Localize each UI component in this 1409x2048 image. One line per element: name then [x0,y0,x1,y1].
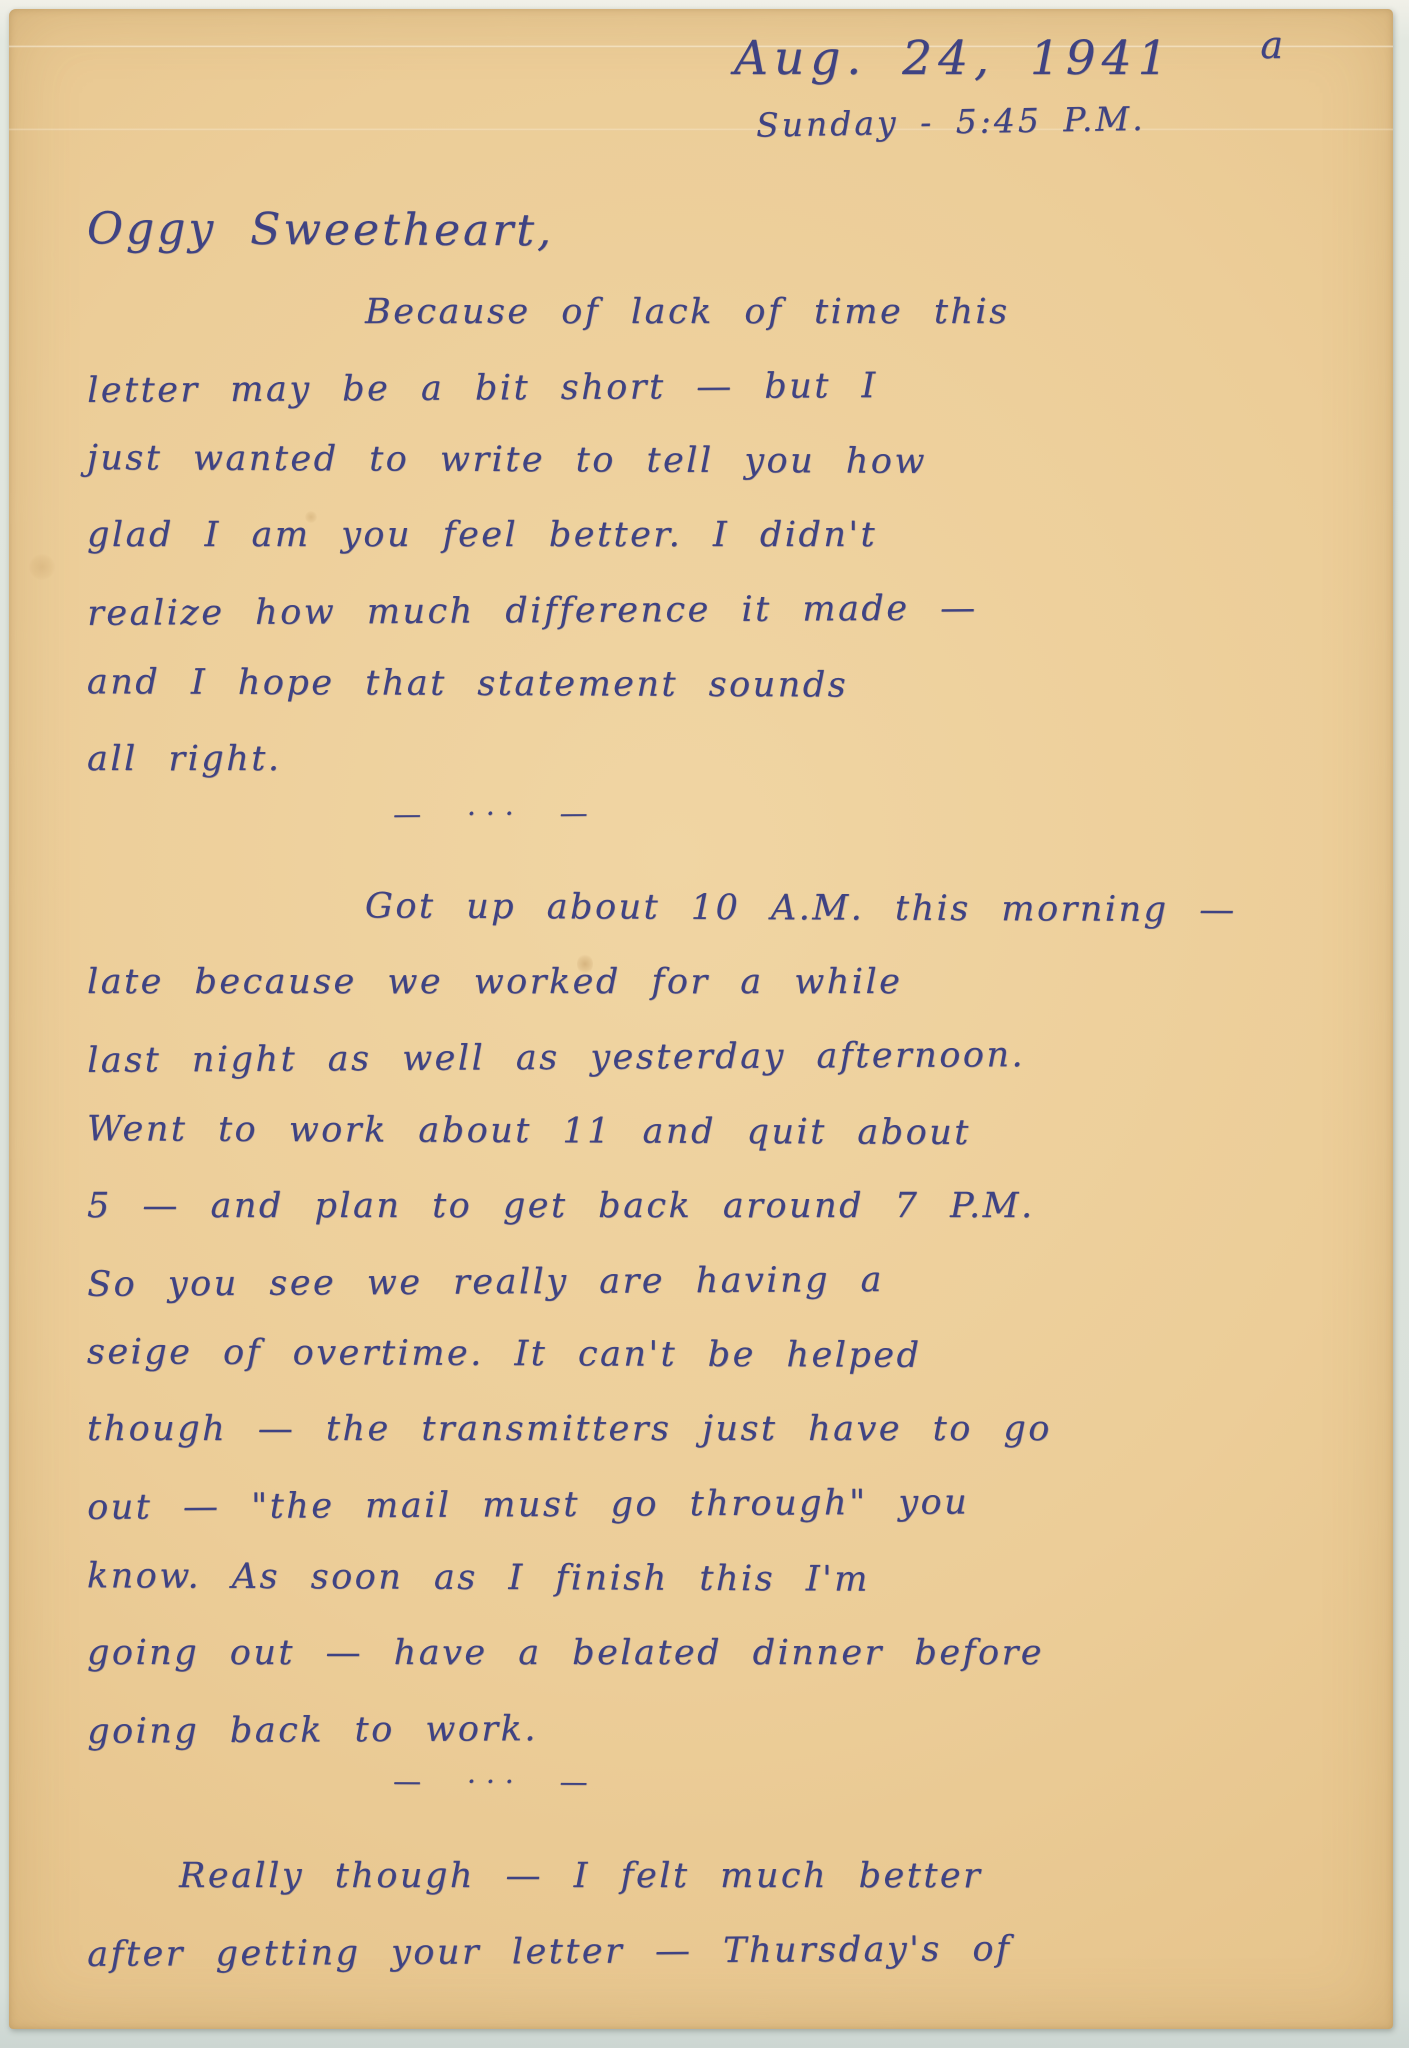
letter-line: late because we worked for a while [87,928,1363,1003]
letter-line: Because of lack of time this [87,257,1363,332]
letter-line: realize how much difference it made — [87,551,1363,633]
paper-fold-line [9,128,1393,131]
letter-line: after getting your letter — Thursday's o… [87,1892,1363,1974]
letter-line: all right. [87,704,1363,779]
letter-day-time: Sunday - 5:45 P.M. [756,98,1174,144]
letter-body: Oggy Sweetheart, Because of lack of time… [87,161,1363,1971]
letter-line: letter may be a bit short — but I [87,328,1363,410]
salutation: Oggy Sweetheart, [87,158,1363,260]
letter-line: So you see we really are having a [87,1222,1363,1304]
letter-line: out — "the mail must go through" you [87,1445,1363,1527]
letter-line: last night as well as yesterday afternoo… [87,998,1363,1080]
paper-fold-line [9,45,1393,48]
paper-stain [29,554,55,580]
letter-line: 5 — and plan to get back around 7 P.M. [87,1151,1363,1226]
letter-line: just wanted to write to tell you how [87,403,1363,483]
date-block: Aug. 24, 1941 Sunday - 5:45 P.M. [734,31,1173,141]
letter-line: Really though — I felt much better [87,1822,1363,1897]
letter-date: Aug. 24, 1941 [734,31,1173,86]
letter-line: though — the transmitters just have to g… [87,1375,1363,1450]
corner-annotation: a [1260,23,1283,67]
letter-line: glad I am you feel better. I didn't [87,481,1363,556]
letter-line: know. As soon as I finish this I'm [87,1521,1363,1601]
letter-line: Got up about 10 A.M. this morning — [87,850,1363,930]
section-divider: — ··· — [87,776,904,855]
section-divider: — ··· — [87,1745,904,1823]
letter-line: going out — have a belated dinner before [87,1598,1363,1673]
letter-line: going back to work. [87,1669,1363,1751]
letter-line: and I hope that statement sounds [87,627,1363,707]
letter-line: Went to work about 11 and quit about [87,1074,1363,1154]
letter-paper: a Aug. 24, 1941 Sunday - 5:45 P.M. Oggy … [9,9,1393,2029]
letter-line: seige of overtime. It can't be helped [87,1297,1363,1377]
